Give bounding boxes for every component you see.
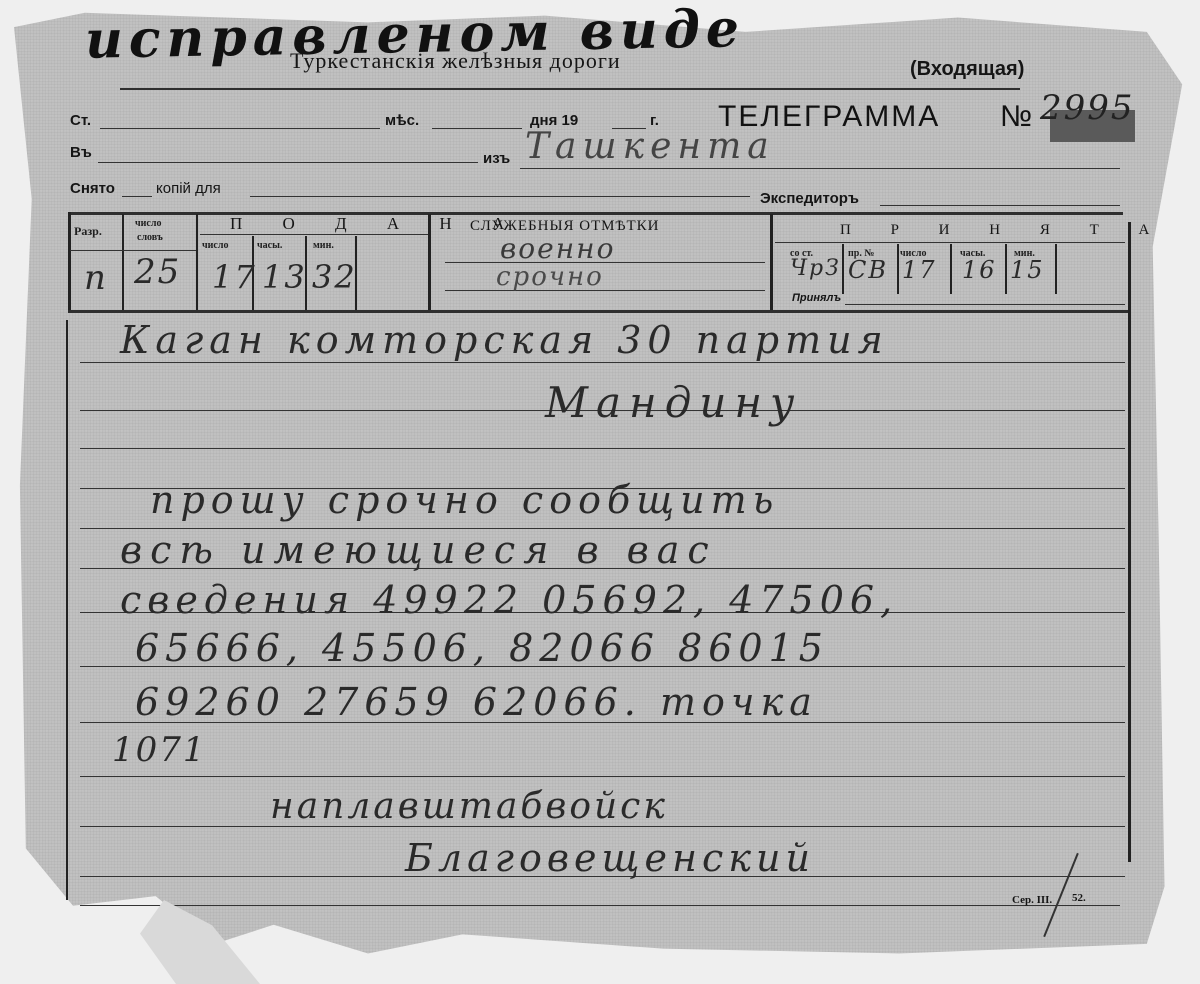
submitted-day-value: 17 (212, 258, 257, 296)
body-line (80, 905, 1120, 906)
railway-name: Туркестанскія желѣзныя дороги (290, 48, 621, 74)
submitted-min-value: 32 (312, 258, 357, 296)
header-rule (120, 88, 1020, 90)
body-line (80, 448, 1125, 449)
copies-for-label: копій для (156, 180, 221, 197)
words-value: 25 (134, 252, 181, 292)
col-divider-2 (196, 214, 198, 310)
address-line-1: Каган комторская 30 партия (120, 318, 889, 362)
station-field-line (100, 128, 380, 129)
address-line-2: Мандину (545, 378, 802, 427)
series-label: Сер. III. (1012, 894, 1052, 906)
expeditor-line (880, 205, 1120, 206)
received-station-value: ЧрЗ (790, 256, 841, 281)
category-value: п (84, 258, 108, 298)
form-number: 52. (1072, 892, 1086, 904)
submitted-subheader-rule (200, 234, 428, 235)
copies-count-line (122, 196, 152, 197)
received-group-header: П Р И Н Я Т А (840, 222, 1167, 239)
col-divider-4 (770, 214, 773, 310)
received-num-value: СВ (848, 256, 888, 284)
table-top-rule (68, 212, 1123, 215)
received-div-a (842, 244, 844, 294)
received-div-c (950, 244, 952, 294)
body-line-2: всѣ имеющиеся в вас (120, 528, 717, 572)
to-label: Въ (70, 144, 92, 161)
received-min-value: 15 (1010, 256, 1045, 284)
telegram-number: 2995 (1040, 88, 1135, 128)
words-header-1: число (135, 218, 161, 229)
received-div-e (1055, 244, 1057, 294)
copies-for-line (250, 196, 750, 197)
signature-line-2: Благовещенский (405, 836, 815, 880)
signature-line-1: наплавштабвойск (270, 786, 668, 827)
month-label: мѣс. (385, 112, 419, 129)
words-header-2: словъ (137, 232, 163, 243)
incoming-label: (Входящая) (910, 58, 1024, 81)
number-sign: № (1000, 100, 1034, 134)
received-div-b (897, 244, 899, 294)
service-line-2 (445, 290, 765, 291)
submitted-col-day: число (202, 240, 228, 251)
body-line (80, 362, 1125, 363)
col-divider-1 (122, 214, 124, 310)
to-field-line (98, 162, 478, 163)
submitted-col-min: мин. (313, 240, 334, 251)
body-line-5: 69260 27659 62066. точка (135, 680, 818, 724)
body-line-1: прошу срочно сообщить (150, 478, 779, 522)
body-line-3: сведения 49922 05692, 47506, (120, 578, 898, 622)
received-subheader-rule (775, 242, 1125, 243)
body-line (80, 776, 1125, 777)
from-value: Ташкента (525, 126, 775, 167)
received-div-d (1005, 244, 1007, 294)
copies-label: Снято (70, 180, 115, 197)
received-hour-value: 16 (962, 256, 997, 284)
service-mark-1: военно (500, 232, 615, 265)
received-by-label: Принялъ (792, 292, 841, 304)
body-line-4: 65666, 45506, 82066 86015 (135, 626, 829, 670)
body-left-border (66, 320, 68, 900)
submitted-hour-value: 13 (262, 258, 307, 296)
category-header: Разр. (74, 224, 102, 239)
body-line-6: 1071 (112, 730, 207, 770)
header-under-rule-left (70, 250, 196, 251)
table-left-border (68, 212, 71, 312)
expeditor-label: Экспедиторъ (760, 190, 859, 207)
month-field-line (432, 128, 522, 129)
received-by-line (845, 304, 1125, 305)
service-mark-2: срочно (496, 262, 604, 292)
received-day-value: 17 (902, 256, 937, 284)
table-bottom-rule (68, 310, 1128, 313)
station-label: Ст. (70, 112, 91, 129)
from-label: изъ (483, 150, 510, 167)
submitted-col-hour: часы. (257, 240, 282, 251)
from-field-line (520, 168, 1120, 169)
table-right-border (1128, 222, 1131, 862)
